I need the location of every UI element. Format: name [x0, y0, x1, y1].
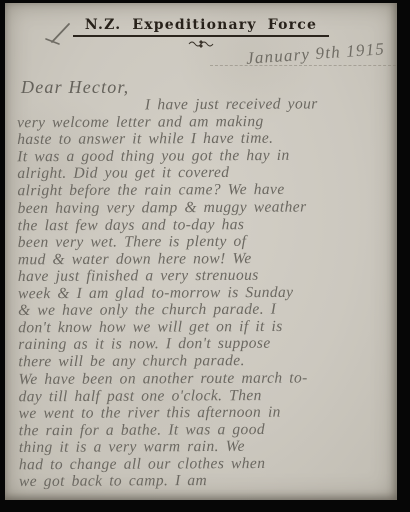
body-line: I have just received your — [17, 95, 401, 114]
scanned-letter-frame: N.Z. Expeditionary Force January 9th 191… — [0, 0, 410, 512]
body-line: thing it is a very warm rain. We — [19, 437, 403, 456]
letter-body: I have just received your very welcome l… — [17, 95, 403, 490]
body-line: we went to the river this afternoon in — [19, 403, 403, 422]
body-line: haste to answer it while I have time. — [17, 129, 401, 148]
body-line: It was a good thing you got the hay in — [17, 147, 401, 166]
body-line: alright before the rain came? We have — [17, 181, 401, 200]
body-line: raining as it is now. I don't suppose — [18, 334, 402, 353]
salutation: Dear Hector, — [21, 77, 129, 98]
body-line: been very wet. There is plenty of — [18, 232, 402, 251]
printed-date-rule — [210, 65, 396, 66]
body-line: very welcome letter and am making — [17, 112, 401, 131]
body-line: & we have only the church parade. I — [18, 300, 402, 319]
body-line: alright. Did you get it covered — [17, 163, 401, 182]
body-line: there will be any church parade. — [18, 352, 402, 371]
body-line: We have been on another route march to- — [18, 368, 402, 387]
flourish-ornament-icon — [188, 39, 214, 49]
letterhead-title: N.Z. Expeditionary Force — [73, 17, 329, 37]
body-line: have just finished a very strenuous — [18, 266, 402, 285]
body-line: mud & water down here now! We — [18, 249, 402, 268]
body-line: had to change all our clothes when — [19, 454, 403, 473]
body-line: day till half past one o'clock. Then — [18, 386, 402, 405]
body-line: we got back to camp. I am — [19, 471, 403, 490]
letter-paper: N.Z. Expeditionary Force January 9th 191… — [5, 3, 397, 500]
body-line: been having very damp & muggy weather — [18, 198, 402, 217]
body-line: the last few days and to-day has — [18, 215, 402, 234]
body-line: the rain for a bathe. It was a good — [19, 420, 403, 439]
body-line: week & I am glad to-morrow is Sunday — [18, 283, 402, 302]
body-line: don't know how we will get on if it is — [18, 318, 402, 337]
